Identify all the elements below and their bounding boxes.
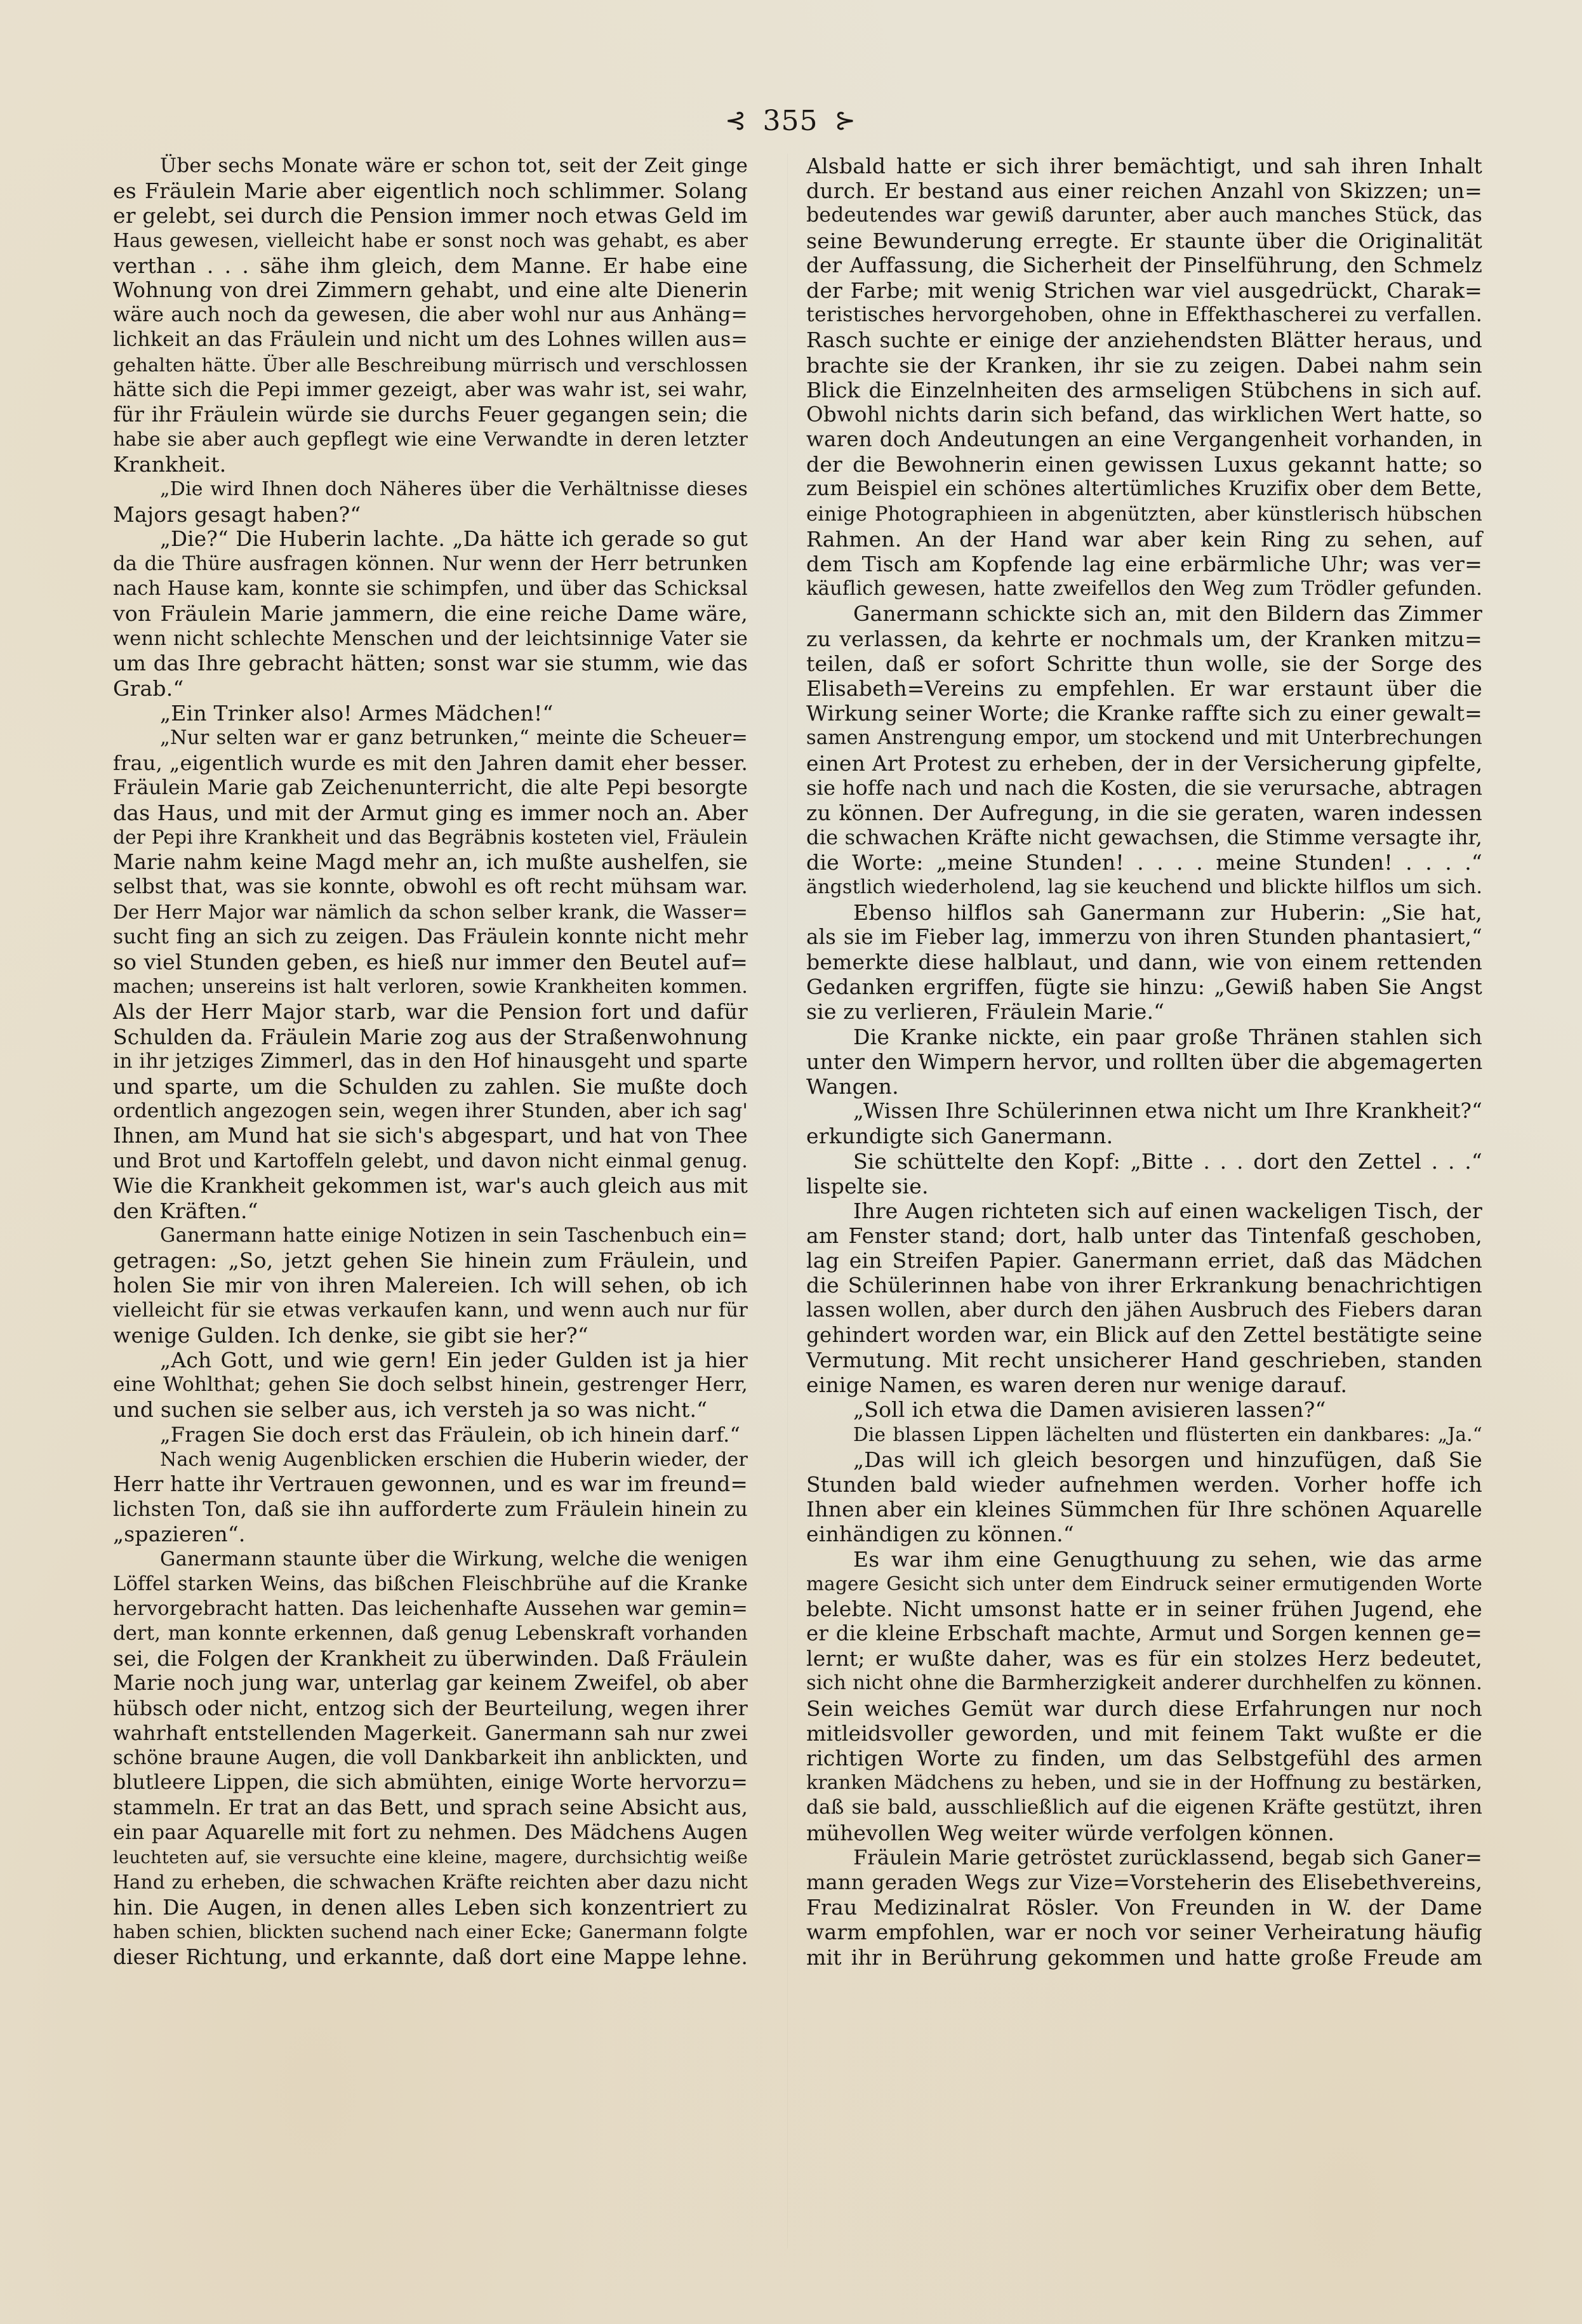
text-line: Ihnen aber ein kleines Sümmchen für Ihre… bbox=[806, 1497, 1482, 1522]
text-line: daß sie bald, ausschließlich auf die eig… bbox=[806, 1795, 1482, 1820]
text-line: sich nicht ohne die Barmherzigkeit ander… bbox=[806, 1671, 1482, 1696]
page-header: ⊰ 355 ⊱ bbox=[711, 102, 870, 140]
text-line: Die Kranke nickte, ein paar große Thräne… bbox=[806, 1025, 1482, 1049]
column-divider bbox=[787, 154, 788, 2248]
text-line: „Fragen Sie doch erst das Fräulein, ob i… bbox=[113, 1423, 748, 1447]
text-line: haben schien, blickten suchend nach eine… bbox=[113, 1920, 748, 1944]
text-line: wahrhaft entstellenden Magerkeit. Ganerm… bbox=[113, 1721, 748, 1746]
text-line: Elisabeth=Vereins zu empfehlen. Er war e… bbox=[806, 676, 1482, 701]
text-line: mann geraden Wegs zur Vize=Vorsteherin d… bbox=[806, 1870, 1482, 1895]
text-line: Grab.“ bbox=[113, 676, 748, 701]
text-line: teilen, daß er sofort Schritte thun woll… bbox=[806, 651, 1482, 676]
text-line: so viel Stunden geben, es hieß nur immer… bbox=[113, 950, 748, 974]
text-line: Alsbald hatte er sich ihrer bemächtigt, … bbox=[806, 154, 1482, 178]
text-line: sie hoffe nach und nach die Kosten, die … bbox=[806, 776, 1482, 800]
text-line: ordentlich angezogen sein, wegen ihrer S… bbox=[113, 1099, 748, 1124]
text-line: und sparte, um die Schulden zu zahlen. S… bbox=[113, 1074, 748, 1099]
text-line: um das Ihre gebracht hätten; sonst war s… bbox=[113, 651, 748, 676]
text-line: es Fräulein Marie aber eigentlich noch s… bbox=[113, 178, 748, 203]
text-line: hübsch oder nicht, entzog sich der Beurt… bbox=[113, 1696, 748, 1721]
text-line: Wangen. bbox=[806, 1074, 1482, 1099]
text-line: Ihre Augen richteten sich auf einen wack… bbox=[806, 1199, 1482, 1223]
text-line: Über sechs Monate wäre er schon tot, sei… bbox=[113, 154, 748, 178]
text-line: stammeln. Er trat an das Bett, und sprac… bbox=[113, 1795, 748, 1820]
text-line: er gelebt, sei durch die Pension immer n… bbox=[113, 203, 748, 228]
text-line: wenige Gulden. Ich denke, sie gibt sie h… bbox=[113, 1323, 748, 1348]
text-line: vielleicht für sie etwas verkaufen kann,… bbox=[113, 1298, 748, 1323]
text-column-left: Über sechs Monate wäre er schon tot, sei… bbox=[113, 154, 748, 1970]
text-line: Ganermann hatte einige Notizen in sein T… bbox=[113, 1223, 748, 1248]
text-line: Als der Herr Major starb, war die Pensio… bbox=[113, 999, 748, 1024]
text-line: zu können. Der Aufregung, in die sie ger… bbox=[806, 800, 1482, 825]
text-line: Ebenso hilflos sah Ganermann zur Huberin… bbox=[806, 900, 1482, 925]
ornament-right-icon: ⊱ bbox=[834, 108, 856, 133]
text-line: Krankheit. bbox=[113, 452, 748, 477]
text-line: er die kleine Erbschaft machte, Armut un… bbox=[806, 1621, 1482, 1646]
text-line: Wirkung seiner Worte; die Kranke raffte … bbox=[806, 701, 1482, 726]
text-line: Marie noch jung war, unterlag gar keinem… bbox=[113, 1671, 748, 1696]
text-line: verthan . . . sähe ihm gleich, dem Manne… bbox=[113, 253, 748, 278]
text-line: das Haus, und mit der Armut ging es imme… bbox=[113, 800, 748, 825]
text-line: holen Sie mir von ihren Malereien. Ich w… bbox=[113, 1273, 748, 1298]
text-line: Wie die Krankheit gekommen ist, war's au… bbox=[113, 1174, 748, 1199]
text-line: Die blassen Lippen lächelten und flüster… bbox=[806, 1423, 1482, 1447]
text-line: „Die wird Ihnen doch Näheres über die Ve… bbox=[113, 477, 748, 501]
text-line: Obwohl nichts darin sich befand, das wir… bbox=[806, 402, 1482, 427]
text-line: gehalten hätte. Über alle Beschreibung m… bbox=[113, 353, 748, 378]
text-line: mit ihr in Berührung gekommen und hatte … bbox=[806, 1945, 1482, 1970]
text-line: zu verlassen, da kehrte er nochmals um, … bbox=[806, 627, 1482, 651]
text-line: hätte sich die Pepi immer gezeigt, aber … bbox=[113, 378, 748, 402]
text-line: „Wissen Ihre Schülerinnen etwa nicht um … bbox=[806, 1099, 1482, 1124]
text-line: zum Beispiel ein schönes altertümliches … bbox=[806, 477, 1482, 501]
text-line: hervorgebracht hatten. Das leichenhafte … bbox=[113, 1597, 748, 1621]
text-line: unter den Wimpern hervor, und rollten üb… bbox=[806, 1049, 1482, 1074]
text-line: Schulden da. Fräulein Marie zog aus der … bbox=[113, 1025, 748, 1049]
text-line: „Die?“ Die Huberin lachte. „Da hätte ich… bbox=[113, 527, 748, 552]
text-line: der die Bewohnerin einen gewissen Luxus … bbox=[806, 452, 1482, 477]
text-line: warm empfohlen, war er noch vor seiner V… bbox=[806, 1920, 1482, 1944]
text-line: der Pepi ihre Krankheit und das Begräbni… bbox=[113, 825, 748, 850]
text-line: Sie schüttelte den Kopf: „Bitte . . . do… bbox=[806, 1149, 1482, 1174]
text-line: der Farbe; mit wenig Strichen war viel a… bbox=[806, 278, 1482, 303]
text-line: sucht fing an sich zu zeigen. Das Fräule… bbox=[113, 925, 748, 950]
text-line: Es war ihm eine Genugthuung zu sehen, wi… bbox=[806, 1547, 1482, 1572]
text-line: Nach wenig Augenblicken erschien die Hub… bbox=[113, 1447, 748, 1472]
text-line: „Ein Trinker also! Armes Mädchen!“ bbox=[113, 701, 748, 726]
text-line: einhändigen zu können.“ bbox=[806, 1522, 1482, 1546]
text-line: seine Bewunderung erregte. Er staunte üb… bbox=[806, 229, 1482, 253]
text-line: leuchteten auf, sie versuchte eine klein… bbox=[113, 1845, 748, 1870]
text-line: Haus gewesen, vielleicht habe er sonst n… bbox=[113, 229, 748, 253]
text-line: da die Thüre ausfragen können. Nur wenn … bbox=[113, 552, 748, 576]
text-line: Marie nahm keine Magd mehr an, ich mußte… bbox=[113, 850, 748, 875]
text-line: schöne braune Augen, die voll Dankbarkei… bbox=[113, 1746, 748, 1770]
text-line: Rasch suchte er einige der anziehendsten… bbox=[806, 328, 1482, 352]
text-line: für ihr Fräulein würde sie durchs Feuer … bbox=[113, 402, 748, 427]
text-line: lichkeit an das Fräulein und nicht um de… bbox=[113, 328, 748, 352]
text-line: blutleere Lippen, die sich abmühten, ein… bbox=[113, 1770, 748, 1795]
text-line: Fräulein Marie gab Zeichenunterricht, di… bbox=[113, 776, 748, 800]
ornament-left-icon: ⊰ bbox=[725, 108, 747, 133]
text-line: erkundigte sich Ganermann. bbox=[806, 1124, 1482, 1148]
text-line: mitleidsvoller geworden, und mit feinem … bbox=[806, 1721, 1482, 1746]
text-line: mühevollen Weg weiter würde verfolgen kö… bbox=[806, 1821, 1482, 1845]
text-line: als sie im Fieber lag, immerzu von ihren… bbox=[806, 925, 1482, 950]
text-line: Rahmen. An der Hand war aber kein Ring z… bbox=[806, 527, 1482, 552]
text-line: lichsten Ton, daß sie ihn aufforderte zu… bbox=[113, 1497, 748, 1522]
text-line: den Kräften.“ bbox=[113, 1199, 748, 1223]
text-line: Vermutung. Mit recht unsicherer Hand ges… bbox=[806, 1348, 1482, 1372]
text-line: lispelte sie. bbox=[806, 1174, 1482, 1199]
text-line: Blick die Einzelnheiten des armseligen S… bbox=[806, 378, 1482, 402]
text-line: Ganermann schickte sich an, mit den Bild… bbox=[806, 601, 1482, 626]
text-line: dem Tisch am Kopfende lag eine erbärmlic… bbox=[806, 552, 1482, 576]
text-line: am Fenster stand; dort, halb unter das T… bbox=[806, 1223, 1482, 1248]
text-line: eine Wohlthat; gehen Sie doch selbst hin… bbox=[113, 1372, 748, 1397]
text-line: nach Hause kam, konnte sie schimpfen, un… bbox=[113, 576, 748, 601]
text-line: wenn nicht schlechte Menschen und der le… bbox=[113, 627, 748, 651]
text-line: Majors gesagt haben?“ bbox=[113, 502, 748, 527]
text-line: Sein weiches Gemüt war durch diese Erfah… bbox=[806, 1696, 1482, 1721]
text-line: Hand zu erheben, die schwachen Kräfte re… bbox=[113, 1870, 748, 1895]
text-line: der Auffassung, die Sicherheit der Pinse… bbox=[806, 253, 1482, 278]
text-line: die Schülerinnen habe von ihrer Erkranku… bbox=[806, 1273, 1482, 1298]
text-line: bedeutendes war gewiß darunter, aber auc… bbox=[806, 203, 1482, 228]
text-line: von Fräulein Marie jammern, die eine rei… bbox=[113, 601, 748, 626]
text-line: frau, „eigentlich wurde es mit den Jahre… bbox=[113, 751, 748, 776]
text-line: käuflich gewesen, hatte zweifellos den W… bbox=[806, 576, 1482, 601]
text-line: „Nur selten war er ganz betrunken,“ mein… bbox=[113, 726, 748, 750]
page-number: 355 bbox=[763, 105, 818, 137]
text-line: bemerkte diese halblaut, und dann, wie v… bbox=[806, 950, 1482, 974]
text-line: lernt; er wußte daher, was es für ein st… bbox=[806, 1646, 1482, 1671]
text-line: durch. Er bestand aus einer reichen Anza… bbox=[806, 178, 1482, 203]
text-line: teristisches hervorgehoben, ohne in Effe… bbox=[806, 303, 1482, 328]
text-line: Frau Medizinalrat Rösler. Von Freunden i… bbox=[806, 1895, 1482, 1920]
text-line: machen; unsereins ist halt verloren, sow… bbox=[113, 974, 748, 999]
text-column-right: Alsbald hatte er sich ihrer bemächtigt, … bbox=[806, 154, 1482, 1970]
text-line: selbst that, was sie konnte, obwohl es o… bbox=[113, 875, 748, 900]
text-line: sie zu verlieren, Fräulein Marie.“ bbox=[806, 999, 1482, 1024]
text-line: lassen wollen, aber durch den jähen Ausb… bbox=[806, 1298, 1482, 1323]
text-line: kranken Mädchens zu heben, und sie in de… bbox=[806, 1770, 1482, 1795]
text-line: „Ach Gott, und wie gern! Ein jeder Gulde… bbox=[113, 1348, 748, 1372]
text-line: die schwachen Kräfte nicht gewachsen, di… bbox=[806, 825, 1482, 850]
text-line: einige Namen, es waren deren nur wenige … bbox=[806, 1372, 1482, 1397]
text-line: Ganermann staunte über die Wirkung, welc… bbox=[113, 1547, 748, 1572]
text-line: Ihnen, am Mund hat sie sich's abgespart,… bbox=[113, 1124, 748, 1148]
text-line: einen Art Protest zu erheben, der in der… bbox=[806, 751, 1482, 776]
text-line: ängstlich wiederholend, lag sie keuchend… bbox=[806, 875, 1482, 900]
text-line: Der Herr Major war nämlich da schon selb… bbox=[113, 900, 748, 925]
text-line: Löffel starken Weins, das bißchen Fleisc… bbox=[113, 1572, 748, 1597]
text-line: brachte sie der Kranken, ihr sie zu zeig… bbox=[806, 353, 1482, 378]
text-line: Fräulein Marie getröstet zurücklassend, … bbox=[806, 1845, 1482, 1870]
text-line: Gedanken ergriffen, fügte sie hinzu: „Ge… bbox=[806, 974, 1482, 999]
text-line: Herr hatte ihr Vertrauen gewonnen, und e… bbox=[113, 1472, 748, 1497]
text-line: in ihr jetziges Zimmerl, das in den Hof … bbox=[113, 1049, 748, 1074]
text-line: und suchen sie selber aus, ich versteh j… bbox=[113, 1397, 748, 1422]
text-line: waren doch Andeutungen an eine Vergangen… bbox=[806, 427, 1482, 452]
text-line: hin. Die Augen, in denen alles Leben sic… bbox=[113, 1895, 748, 1920]
text-line: „spazieren“. bbox=[113, 1522, 748, 1546]
text-line: sei, die Folgen der Krankheit zu überwin… bbox=[113, 1646, 748, 1671]
text-line: richtigen Worte zu finden, um das Selbst… bbox=[806, 1746, 1482, 1770]
text-line: ein paar Aquarelle mit fort zu nehmen. D… bbox=[113, 1821, 748, 1845]
text-line: „Das will ich gleich besorgen und hinzuf… bbox=[806, 1447, 1482, 1472]
text-line: dieser Richtung, und erkannte, daß dort … bbox=[113, 1945, 748, 1970]
text-line: Wohnung von drei Zimmern gehabt, und ein… bbox=[113, 278, 748, 303]
text-line: wäre auch noch da gewesen, die aber wohl… bbox=[113, 303, 748, 328]
text-line: „Soll ich etwa die Damen avisieren lasse… bbox=[806, 1397, 1482, 1422]
text-line: samen Anstrengung empor, um stockend und… bbox=[806, 726, 1482, 750]
text-line: belebte. Nicht umsonst hatte er in seine… bbox=[806, 1597, 1482, 1621]
text-line: dert, man konnte erkennen, daß genug Leb… bbox=[113, 1621, 748, 1646]
text-line: lag ein Streifen Papier. Ganermann errie… bbox=[806, 1248, 1482, 1273]
text-line: und Brot und Kartoffeln gelebt, und davo… bbox=[113, 1149, 748, 1174]
text-line: getragen: „So, jetzt gehen Sie hinein zu… bbox=[113, 1248, 748, 1273]
text-line: die Worte: „meine Stunden! . . . . meine… bbox=[806, 850, 1482, 875]
text-line: gehindert worden war, ein Blick auf den … bbox=[806, 1323, 1482, 1348]
text-line: habe sie aber auch gepflegt wie eine Ver… bbox=[113, 427, 748, 452]
text-line: Stunden bald wieder aufnehmen werden. Vo… bbox=[806, 1472, 1482, 1497]
text-line: einige Photographieen in abgenützten, ab… bbox=[806, 502, 1482, 527]
text-line: magere Gesicht sich unter dem Eindruck s… bbox=[806, 1572, 1482, 1597]
